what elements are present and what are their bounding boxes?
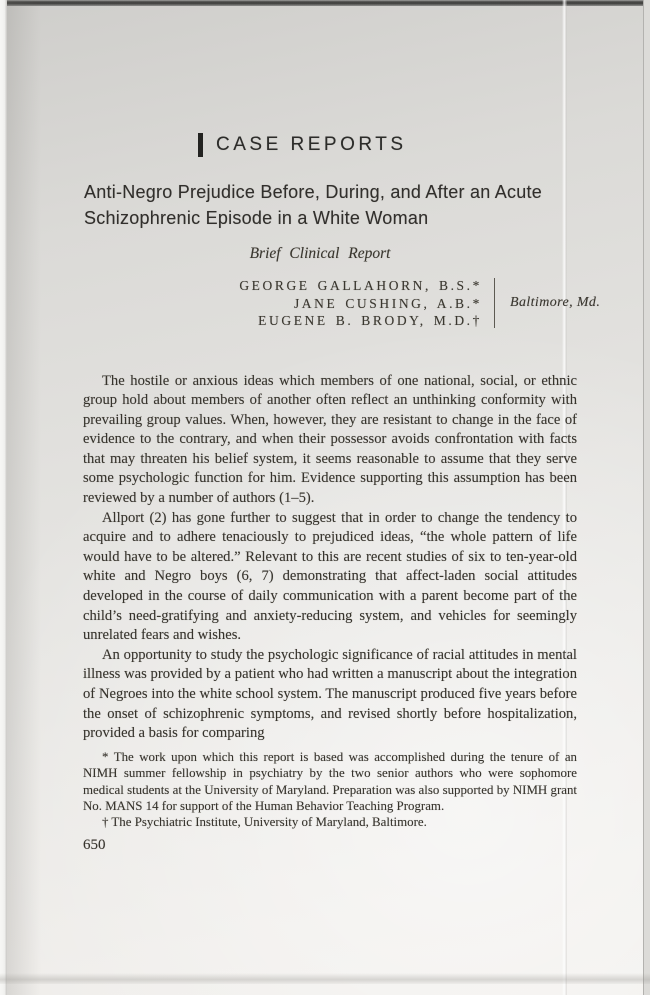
section-bar-icon	[198, 133, 203, 157]
scanned-page: CASE REPORTS Anti-Negro Prejudice Before…	[0, 0, 650, 995]
section-title: CASE REPORTS	[216, 134, 407, 156]
body-paragraph: The hostile or anxious ideas which membe…	[83, 372, 577, 509]
body-paragraph: An opportunity to study the psychologic …	[83, 646, 577, 744]
author-name: EUGENE B. BRODY, M.D.†	[83, 312, 482, 330]
article-title-line-2: Schizophrenic Episode in a White Woman	[84, 205, 577, 231]
footnote: * The work upon which this report is bas…	[83, 749, 577, 815]
scan-right-strip	[644, 0, 650, 995]
author-name: JANE CUSHING, A.B.*	[83, 295, 482, 313]
scan-left-shade	[7, 0, 41, 995]
footnotes: * The work upon which this report is bas…	[83, 749, 577, 831]
scan-bottom-shadow	[0, 973, 650, 984]
article-title-line-1: Anti-Negro Prejudice Before, During, and…	[84, 179, 577, 205]
article-subtitle: Brief Clinical Report	[83, 245, 557, 263]
scan-left-edge	[0, 0, 7, 995]
section-header: CASE REPORTS	[198, 132, 577, 157]
footnote: † The Psychiatric Institute, University …	[83, 814, 577, 830]
page-number: 650	[83, 837, 577, 854]
article-body: The hostile or anxious ideas which membe…	[83, 372, 577, 744]
article-title: Anti-Negro Prejudice Before, During, and…	[84, 179, 577, 231]
author-divider	[494, 278, 495, 328]
publication-location: Baltimore, Md.	[510, 295, 600, 311]
author-name: GEORGE GALLAHORN, B.S.*	[83, 277, 482, 295]
author-block: GEORGE GALLAHORN, B.S.* JANE CUSHING, A.…	[83, 277, 577, 330]
author-names: GEORGE GALLAHORN, B.S.* JANE CUSHING, A.…	[83, 277, 482, 330]
page-content: CASE REPORTS Anti-Negro Prejudice Before…	[83, 0, 577, 854]
body-paragraph: Allport (2) has gone further to suggest …	[83, 509, 577, 646]
